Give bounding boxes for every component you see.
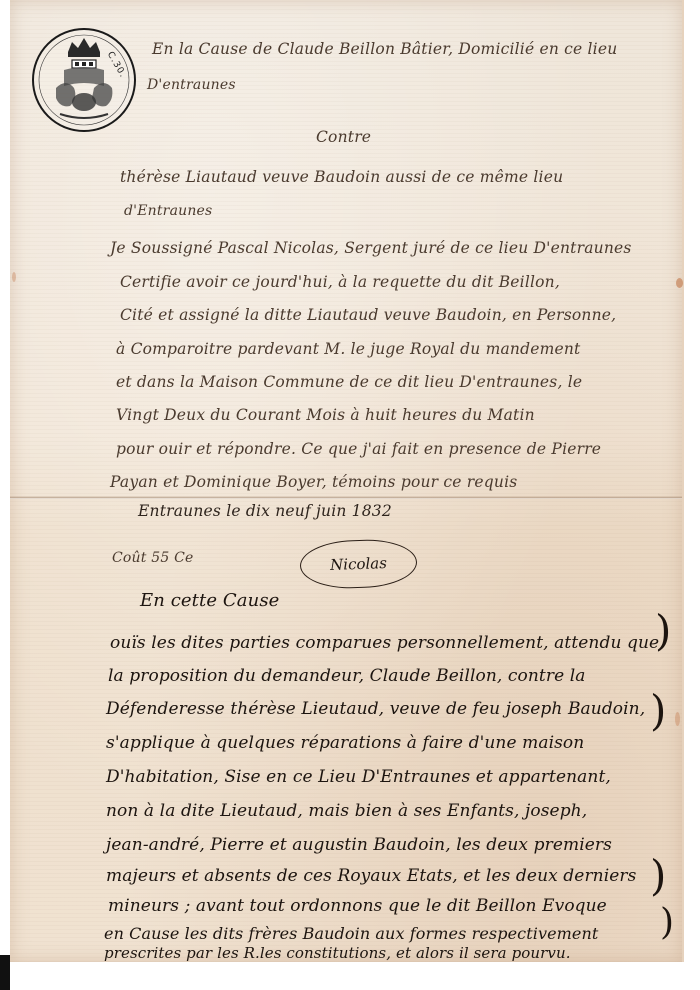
judgment-line: majeurs et absents de ces Royaux Etats, … (106, 866, 636, 886)
place-date: Entraunes le dix neuf juin 1832 (138, 502, 392, 520)
flourish-brace: ) (660, 905, 674, 941)
body-line: à Comparoitre pardevant M. le juge Royal… (116, 340, 580, 358)
rust-stain (12, 272, 16, 282)
body-line: Vingt Deux du Courant Mois à huit heures… (116, 406, 535, 424)
judgment-line: Défenderesse thérèse Lieutaud, veuve de … (106, 699, 645, 719)
flourish-brace: ) (655, 610, 671, 652)
judgment-line: non à la dite Lieutaud, mais bien à ses … (106, 801, 587, 821)
fold-crease (10, 496, 682, 499)
body-line: Payan et Dominique Boyer, témoins pour c… (110, 473, 517, 491)
official-stamp: C.30. (32, 28, 136, 132)
judgment-line: prescrites par les R.les constitutions, … (104, 944, 571, 962)
judgment-line: ouïs les dites parties comparues personn… (110, 633, 659, 653)
judgment-line: en Cause les dits frères Baudoin aux for… (104, 924, 598, 943)
coat-of-arms-stamp-icon (34, 30, 134, 130)
contre-label: Contre (316, 128, 371, 146)
body-line: et dans la Maison Commune de ce dit lieu… (116, 373, 582, 391)
rust-stain (676, 278, 683, 288)
respondent-line: d'Entraunes (124, 203, 212, 219)
body-line: Certifie avoir ce jourd'hui, à la requet… (120, 273, 560, 291)
flourish-brace: ) (650, 855, 666, 897)
signature-name: Nicolas (330, 554, 387, 574)
body-line: Cité et assigné la ditte Liautaud veuve … (120, 306, 616, 324)
judgment-line: la proposition du demandeur, Claude Beil… (108, 666, 586, 686)
judgment-line: s'applique à quelques réparations à fair… (106, 733, 584, 753)
header-line: D'entraunes (147, 77, 236, 93)
body-line: Je Soussigné Pascal Nicolas, Sergent jur… (110, 239, 632, 257)
rust-stain (675, 712, 680, 726)
flourish-brace: ) (650, 690, 666, 732)
cost-note: Coût 55 Ce (112, 550, 194, 566)
scan-edge-mark (0, 955, 10, 990)
respondent-line: thérèse Liautaud veuve Baudoin aussi de … (120, 168, 563, 186)
body-line: pour ouir et répondre. Ce que j'ai fait … (116, 440, 601, 458)
header-line: En la Cause de Claude Beillon Bâtier, Do… (152, 40, 617, 58)
judgment-line: jean-andré, Pierre et augustin Baudoin, … (106, 835, 612, 855)
judgment-line: D'habitation, Sise en ce Lieu D'Entraune… (106, 767, 611, 787)
judgment-line: En cette Cause (140, 590, 279, 611)
judgment-line: mineurs ; avant tout ordonnons que le di… (108, 896, 607, 916)
